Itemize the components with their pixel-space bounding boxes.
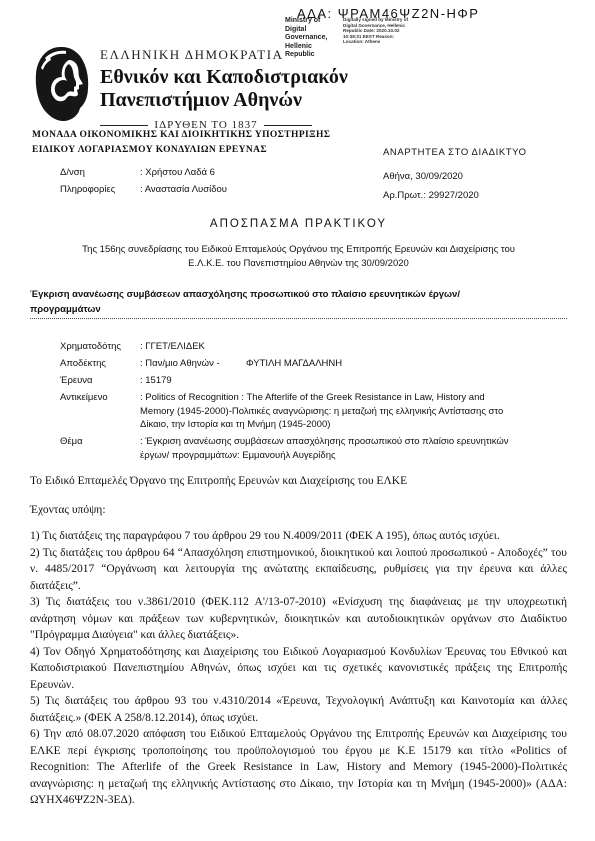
subject-line2: προγραμμάτων [30, 302, 567, 319]
consideration-item: 4) Τον Οδηγό Χρηματοδότησης και Διαχείρι… [30, 644, 567, 694]
object-label: Αντικείμενο [60, 391, 140, 432]
topic-label: Θέμα [60, 435, 140, 462]
university-name-line1: Εθνικόν και Καποδιστριακόν [100, 66, 348, 89]
stamp-signature-details: Digitally signed by Ministry of Digital … [343, 17, 415, 60]
contact-label: Πληροφορίες [60, 181, 140, 198]
object-row: Αντικείμενο : Politics of Recognition : … [30, 391, 567, 432]
funder-label: Χρηματοδότης [60, 340, 140, 354]
topic-value: : Έγκριση ανανέωσης συμβάσεων απασχόληση… [140, 435, 510, 462]
document-page: ΑΔΑ: ΨΡΑΜ46ΨΖ2Ν-ΗΦΡ Ministry of Digital … [0, 0, 595, 841]
republic-title: ΕΛΛΗΝΙΚΗ ΔΗΜΟΚΡΑΤΙΑ [100, 47, 348, 63]
consideration-item: 3) Τις διατάξεις του ν.3861/2010 (ΦΕΚ.11… [30, 594, 567, 644]
rule-right [264, 125, 312, 126]
research-value: : 15179 [140, 374, 172, 388]
internet-posting-notice: ΑΝΑΡΤΗΤΕΑ ΣΤΟ ΔΙΑΔΙΚΤΥΟ [383, 147, 527, 158]
contact-row: Πληροφορίες : Αναστασία Λυσίδου [60, 181, 227, 198]
document-body: ΑΠΟΣΠΑΣΜΑ ΠΡΑΚΤΙΚΟΥ Της 156ης συνεδρίαση… [30, 211, 567, 809]
subject-heading: Έγκριση ανανέωσης συμβάσεων απασχόλησης … [30, 287, 567, 319]
funder-value: : ΓΓΕΤ/ΕΛΙΔΕΚ [140, 340, 205, 354]
contact-value: : Αναστασία Λυσίδου [140, 181, 227, 198]
protocol-number: Αρ.Πρωτ.: 29927/2020 [383, 190, 527, 201]
address-label: Δ/νση [60, 164, 140, 181]
topic-row: Θέμα : Έγκριση ανανέωσης συμβάσεων απασχ… [30, 435, 567, 462]
session-subtitle-line2: Ε.Λ.Κ.Ε. του Πανεπιστημίου Αθηνών της 30… [30, 257, 567, 271]
recipient-value: : Παν/μιο Αθηνών - ΦΥΤΙΛΗ ΜΑΓΔΑΛΗΝΗ [140, 357, 342, 371]
unit-name: ΜΟΝΑΔΑ ΟΙΚΟΝΟΜΙΚΗΣ ΚΑΙ ΔΙΟΙΚΗΤΙΚΗΣ ΥΠΟΣΤ… [32, 128, 330, 158]
unit-line1: ΜΟΝΑΔΑ ΟΙΚΟΝΟΜΙΚΗΣ ΚΑΙ ΔΙΟΙΚΗΤΙΚΗΣ ΥΠΟΣΤ… [32, 128, 330, 143]
university-name-line2: Πανεπιστήμιον Αθηνών [100, 89, 348, 112]
address-value: : Χρήστου Λαδά 6 [140, 164, 215, 181]
subject-line2-text: προγραμμάτων [30, 302, 101, 317]
meta-left-block: Δ/νση : Χρήστου Λαδά 6 Πληροφορίες : Ανα… [60, 164, 227, 198]
consideration-item: 1) Τις διατάξεις της παραγράφου 7 του άρ… [30, 528, 567, 545]
research-label: Έρευνα [60, 374, 140, 388]
unit-line2: ΕΙΔΙΚΟΥ ΛΟΓΑΡΙΑΣΜΟΥ ΚΟΝΔΥΛΙΩΝ ΕΡΕΥΝΑΣ [32, 143, 330, 158]
recipient-label: Αποδέκτης [60, 357, 140, 371]
letterhead: ΕΛΛΗΝΙΚΗ ΔΗΜΟΚΡΑΤΙΑ Εθνικόν και Καποδιστ… [100, 47, 348, 131]
body-opener: Το Ειδικό Επταμελές Όργανο της Επιτροπής… [30, 475, 567, 487]
recipient-row: Αποδέκτης : Παν/μιο Αθηνών - ΦΥΤΙΛΗ ΜΑΓΔ… [30, 357, 567, 371]
session-subtitle-line1: Της 156ης συνεδρίασης του Ειδικού Επταμε… [30, 243, 567, 257]
consideration-item: 2) Τις διατάξεις του άρθρου 64 “Απασχόλη… [30, 545, 567, 595]
university-name: Εθνικόν και Καποδιστριακόν Πανεπιστήμιον… [100, 66, 348, 112]
consideration-item: 5) Τις διατάξεις του άρθρου 93 του ν.431… [30, 693, 567, 726]
rule-left [100, 125, 148, 126]
document-title: ΑΠΟΣΠΑΣΜΑ ΠΡΑΚΤΙΚΟΥ [30, 218, 567, 230]
funder-row: Χρηματοδότης : ΓΓΕΤ/ΕΛΙΔΕΚ [30, 340, 567, 354]
details-table: Χρηματοδότης : ΓΓΕΤ/ΕΛΙΔΕΚ Αποδέκτης : Π… [30, 340, 567, 462]
object-value: : Politics of Recognition : The Afterlif… [140, 391, 510, 432]
address-row: Δ/νση : Χρήστου Λαδά 6 [60, 164, 227, 181]
research-row: Έρευνα : 15179 [30, 374, 567, 388]
subject-line1: Έγκριση ανανέωσης συμβάσεων απασχόλησης … [30, 287, 567, 302]
university-emblem-icon [33, 46, 91, 122]
considerations-list: 1) Τις διατάξεις της παραγράφου 7 του άρ… [30, 528, 567, 809]
document-date: Αθήνα, 30/09/2020 [383, 171, 527, 182]
having-regard: Έχοντας υπόψη: [30, 504, 567, 516]
session-subtitle: Της 156ης συνεδρίασης του Ειδικού Επταμε… [30, 243, 567, 271]
meta-right-block: ΑΝΑΡΤΗΤΕΑ ΣΤΟ ΔΙΑΔΙΚΤΥΟ Αθήνα, 30/09/202… [383, 147, 527, 201]
consideration-item: 6) Την από 08.07.2020 απόφαση του Ειδικο… [30, 726, 567, 809]
